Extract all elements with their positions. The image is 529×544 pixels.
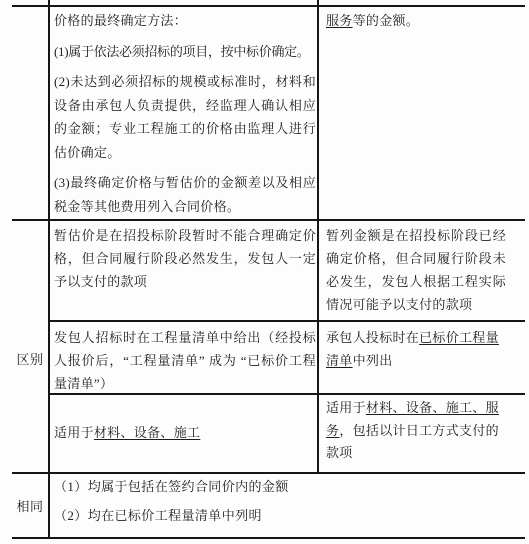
- table-border-top: [12, 5, 525, 7]
- row-divider-4: [12, 472, 525, 474]
- table-border-bottom: [12, 537, 525, 539]
- text-contractor-prefix: 承包人投标时在: [326, 330, 419, 345]
- document-page: 区别 相同 价格的最终确定方法： (1)属于依法必须招标的项目，按中标价确定。 …: [0, 0, 529, 544]
- row-group-label-difference: 区别: [12, 349, 48, 368]
- paragraph-method-1: (1)属于依法必须招标的项目，按中标价确定。: [54, 40, 316, 64]
- row-group-label-same: 相同: [12, 496, 48, 515]
- row-divider-2: [48, 320, 525, 322]
- cell-applicable-scope-left: 适用于材料、设备、施工: [54, 393, 316, 472]
- underlined-scope-left: 材料、设备、施工: [94, 425, 200, 440]
- text-contractor-rest: 中列出: [353, 353, 393, 368]
- cell-contractor-boq-listing: 承包人投标时在已标价工程量清单中列出: [326, 326, 506, 372]
- text-amount-rest: 等的金额。: [353, 13, 420, 28]
- text-applicable-prefix-right: 适用于: [326, 400, 366, 415]
- column-divider-1: [48, 0, 50, 539]
- cell-price-determination: 价格的最终确定方法： (1)属于依法必须招标的项目，按中标价确定。 (2)未达到…: [54, 9, 316, 225]
- paragraph-method-3: (3)最终确定价格与暂估价的金额差以及相应税金等其他费用列入合同价格。: [54, 171, 316, 218]
- paragraph-method-2: (2)未达到必须招标的规模或标准时，材料和设备由承包人负责提供，经监理人确认相应…: [54, 70, 316, 164]
- column-divider-2: [317, 0, 319, 474]
- cell-similarities: （1）均属于包括在签约合同价内的金额 （2）均在已标价工程量清单中列明: [54, 475, 519, 533]
- text-applicable-prefix-left: 适用于材料、设备、施工: [54, 421, 200, 444]
- cell-employer-boq-listing: 发包人招标时在工程量清单中给出（经投标人报价后，“工程量清单” 成为 “已标价工…: [54, 326, 316, 395]
- underlined-service: 服务: [326, 13, 353, 28]
- paragraph-similarity-1: （1）均属于包括在签约合同价内的金额: [54, 475, 519, 499]
- paragraph-similarity-2: （2）均在已标价工程量清单中列明: [54, 504, 519, 528]
- cell-service-amount: 服务等的金额。: [326, 9, 510, 32]
- cell-applicable-scope-right: 适用于材料、设备、施工、服务，包括以计日工方式支付的款项: [326, 397, 506, 465]
- cell-provisional-sum-definition: 暂列金额是在招投标阶段已经确定价格，但合同履行阶段未必发生，发包人根据工程实际情…: [326, 224, 506, 316]
- text-applicable-rest-right: ，包括以计日工方式支付的款项: [326, 423, 499, 461]
- cell-provisional-price-definition: 暂估价是在招投标阶段暂时不能合理确定价格，但合同履行阶段必然发生，发包人一定予以…: [54, 224, 316, 293]
- paragraph-method-title: 价格的最终确定方法：: [54, 9, 316, 33]
